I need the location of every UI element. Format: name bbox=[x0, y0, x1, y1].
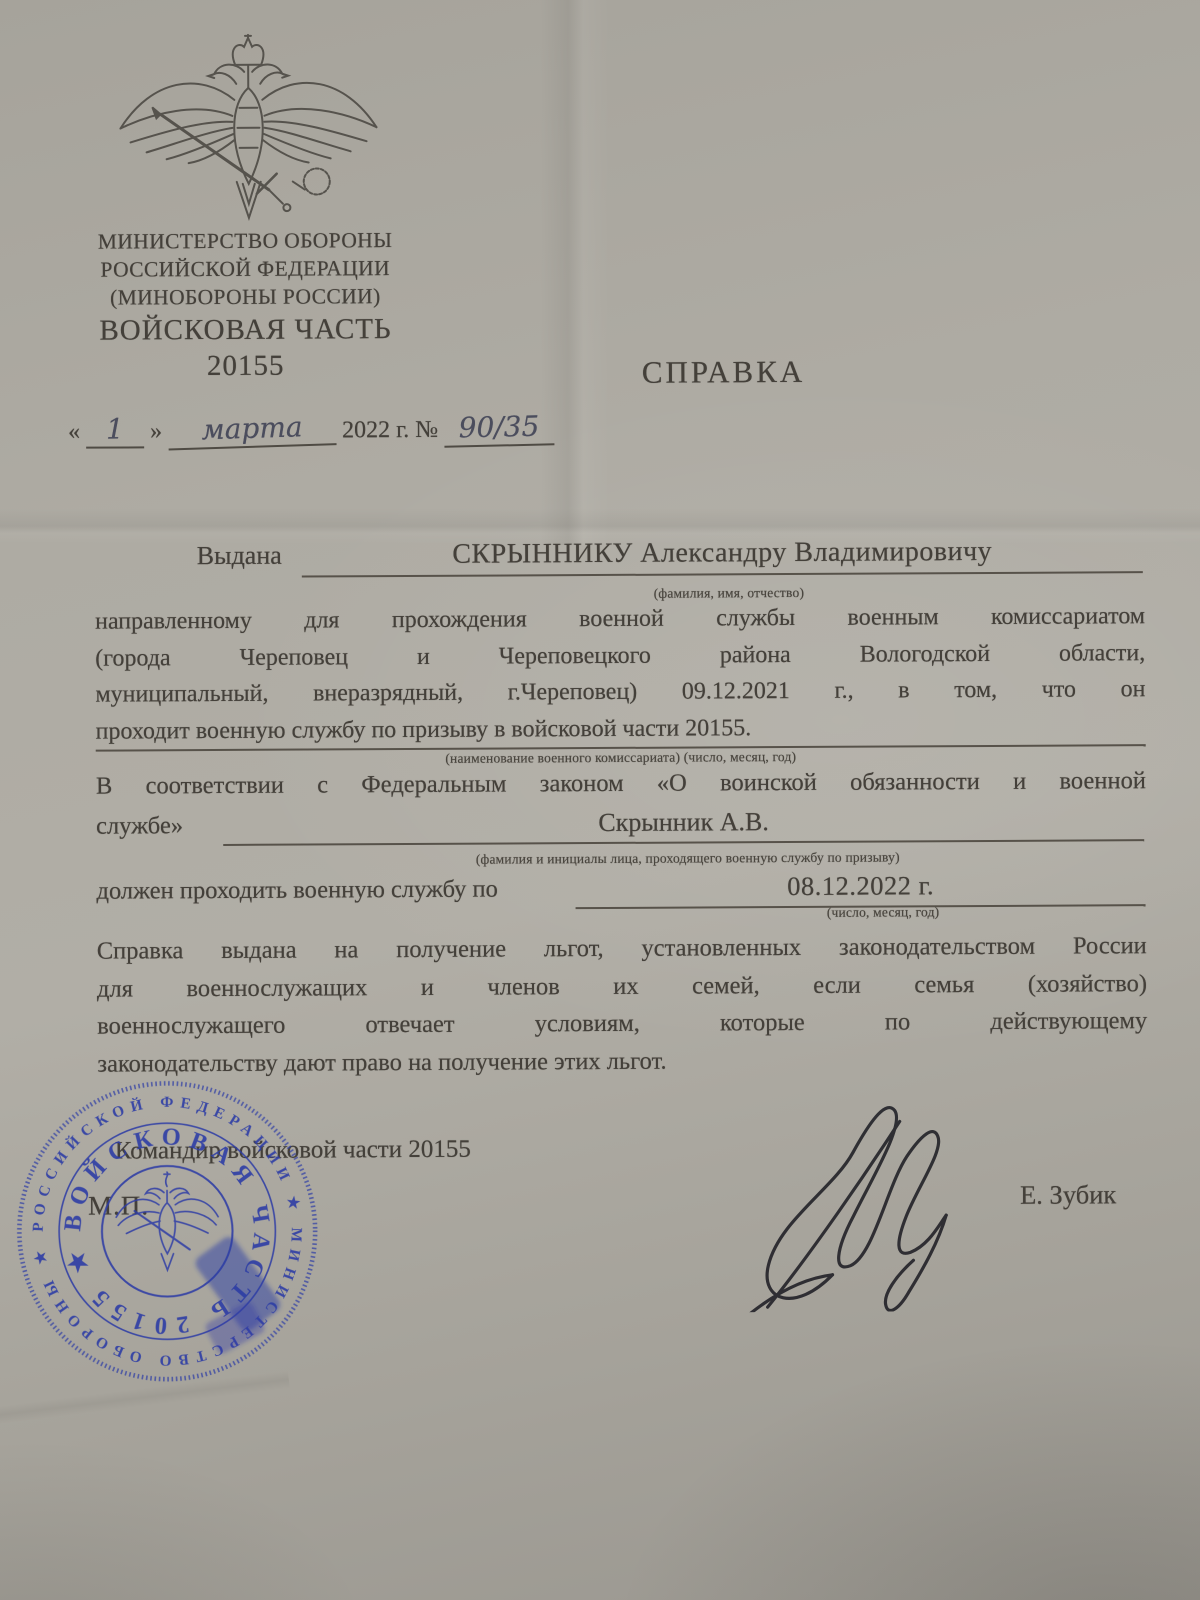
purpose-line: для военнослужащих и членов их семей, ес… bbox=[97, 965, 1147, 1008]
service-label: должен проходить военную службу по bbox=[96, 876, 498, 906]
body-paragraph-1: направленному для прохождения военной сл… bbox=[95, 598, 1146, 751]
purpose-line: военнослужащего отвечает условиям, котор… bbox=[97, 1002, 1147, 1045]
issued-row: Выдана СКРЫННИКУ Александру Владимирович… bbox=[95, 535, 1143, 578]
body-line: (города Череповец и Череповецкого района… bbox=[95, 635, 1145, 677]
law-row: службе» Скрынник А.В. bbox=[96, 805, 1144, 846]
printed-year-number-label: 2022 г. № bbox=[342, 417, 438, 444]
body-line: направленному для прохождения военной сл… bbox=[95, 598, 1145, 640]
mod-eagle-emblem bbox=[108, 31, 389, 232]
handwritten-day: 1 bbox=[106, 412, 124, 445]
open-quote: « bbox=[68, 419, 80, 445]
caption-initials: (фамилия и инициалы лица, проходящего во… bbox=[235, 848, 1140, 869]
commander-signature bbox=[736, 1066, 977, 1312]
conscript-short-name: Скрынник А.В. bbox=[223, 805, 1144, 846]
org-line: МИНИСТЕРСТВО ОБОРОНЫ bbox=[75, 226, 415, 256]
org-header: МИНИСТЕРСТВО ОБОРОНЫ РОССИЙСКОЙ ФЕДЕРАЦИ… bbox=[75, 226, 416, 384]
law-line-1: В соответствии с Федеральным законом «О … bbox=[96, 767, 1146, 800]
date-line: « 1 » марта 2022 г. № 90/35 bbox=[68, 410, 554, 449]
body-line: муниципальный, внеразрядный, г.Череповец… bbox=[95, 671, 1145, 713]
military-unit-number: 20155 bbox=[76, 349, 416, 384]
law-line-2: службе» bbox=[96, 812, 183, 840]
body-line-underlined: проходит военную службу по призыву в вой… bbox=[96, 708, 1146, 752]
close-quote: » bbox=[150, 418, 162, 444]
document-title: СПРАВКА bbox=[642, 354, 806, 391]
purpose-line: законодательству дают право на получение… bbox=[97, 1040, 1147, 1083]
signer-name: Е. Зубик bbox=[1020, 1179, 1116, 1211]
handwritten-doc-number: 90/35 bbox=[458, 410, 539, 445]
purpose-paragraph: Справка выдана на получение льгот, устан… bbox=[97, 927, 1148, 1082]
military-unit-stamp: РОССИЙСКОЙ ФЕДЕРАЦИИ ★ МИНИСТЕРСТВО ОБОР… bbox=[13, 1077, 321, 1385]
caption-date: (число, месяц, год) bbox=[621, 903, 1146, 922]
handwritten-month: марта bbox=[201, 410, 303, 446]
recipient-name: СКРЫННИКУ Александру Владимировичу bbox=[302, 535, 1143, 577]
issued-label: Выдана bbox=[197, 541, 282, 571]
purpose-line: Справка выдана на получение льгот, устан… bbox=[97, 927, 1147, 970]
military-unit-line: ВОЙСКОВАЯ ЧАСТЬ bbox=[75, 313, 415, 348]
org-line: (МИНОБОРОНЫ РОССИИ) bbox=[75, 282, 415, 312]
scanned-certificate: МИНИСТЕРСТВО ОБОРОНЫ РОССИЙСКОЙ ФЕДЕРАЦИ… bbox=[0, 0, 1200, 1600]
org-line: РОССИЙСКОЙ ФЕДЕРАЦИИ bbox=[75, 254, 415, 284]
